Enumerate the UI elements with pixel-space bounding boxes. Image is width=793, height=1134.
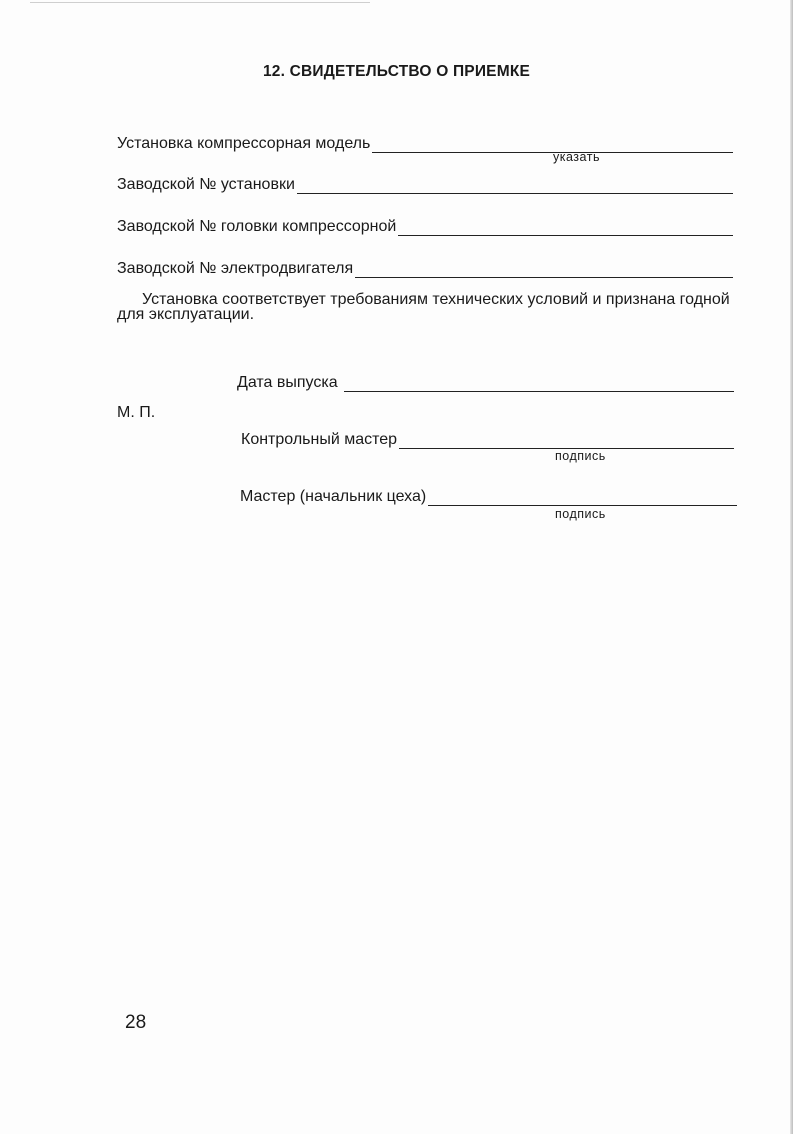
- field-unit-serial: Заводской № установки: [117, 176, 733, 194]
- field-input-line[interactable]: [398, 221, 733, 236]
- page-title: 12. СВИДЕТЕЛЬСТВО О ПРИЕМКЕ: [0, 63, 793, 81]
- stamp-place-label: М. П.: [117, 404, 155, 422]
- field-motor-serial: Заводской № электродвигателя: [117, 260, 733, 278]
- scan-edge-line: [30, 2, 370, 3]
- signature-line[interactable]: [428, 491, 737, 506]
- field-label: Заводской № головки компрессорной: [117, 218, 396, 236]
- field-compressor-model: Установка компрессорная модель: [117, 135, 733, 153]
- field-label: Контрольный мастер: [241, 431, 397, 449]
- field-input-line[interactable]: [297, 179, 733, 194]
- field-label: Заводской № электродвигателя: [117, 260, 353, 278]
- field-label: Установка компрессорная модель: [117, 135, 370, 153]
- signature-line[interactable]: [399, 434, 734, 449]
- signature-hint: подпись: [555, 449, 606, 463]
- field-label: Заводской № установки: [117, 176, 295, 194]
- field-hint: указать: [553, 150, 600, 164]
- field-input-line[interactable]: [344, 377, 734, 392]
- field-shop-master: Мастер (начальник цеха): [240, 488, 737, 506]
- field-label: Мастер (начальник цеха): [240, 488, 426, 506]
- field-control-master: Контрольный мастер: [241, 431, 734, 449]
- page-number: 28: [125, 1012, 146, 1034]
- field-label: Дата выпуска: [237, 374, 338, 392]
- signature-hint: подпись: [555, 507, 606, 521]
- field-head-serial: Заводской № головки компрессорной: [117, 218, 733, 236]
- field-input-line[interactable]: [355, 263, 733, 278]
- field-release-date: Дата выпуска: [237, 374, 734, 392]
- acceptance-statement: Установка соответствует требованиям техн…: [117, 292, 737, 322]
